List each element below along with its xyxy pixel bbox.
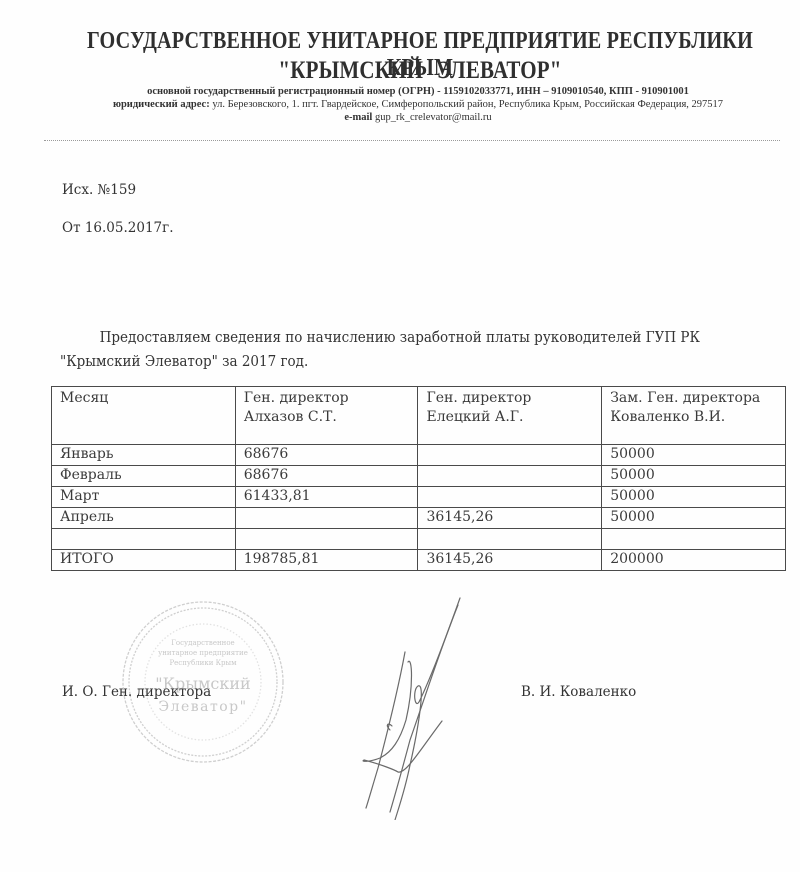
table-cell — [418, 487, 602, 508]
document-date: От 16.05.2017г. — [62, 220, 174, 236]
table-cell: Апрель — [52, 508, 236, 529]
stamp-inner-line2: унитарное предприятие — [158, 649, 248, 657]
intro-line-1: Предоставляем сведения по начислению зар… — [60, 325, 708, 349]
table-cell: Февраль — [52, 466, 236, 487]
signatory-title: И. О. Ген. директора — [62, 684, 211, 700]
table-cell: 68676 — [235, 445, 418, 466]
table-cell: ИТОГО — [52, 550, 236, 571]
table-cell — [52, 529, 236, 550]
table-cell: 68676 — [235, 466, 418, 487]
table-row — [52, 529, 786, 550]
column-header-line: Ген. директор — [426, 389, 601, 408]
table-cell: 50000 — [602, 487, 786, 508]
table-cell: 36145,26 — [418, 550, 602, 571]
email-label: e-mail — [344, 112, 372, 123]
table-row: Апрель36145,2650000 — [52, 508, 786, 529]
document-page: ГОСУДАРСТВЕННОЕ УНИТАРНОЕ ПРЕДПРИЯТИЕ РЕ… — [0, 0, 800, 872]
stamp-inner-line3: Республики Крым — [169, 659, 237, 667]
table-cell — [602, 529, 786, 550]
legal-address: юридический адрес: ул. Березовского, 1. … — [18, 99, 800, 110]
stamp-center-line2: Элеватор" — [158, 699, 247, 715]
column-header-line: Елецкий А.Г. — [426, 408, 601, 427]
column-header-line: Алхазов С.Т. — [244, 408, 418, 427]
table-cell: 50000 — [602, 445, 786, 466]
column-header-line: Ген. директор — [244, 389, 418, 408]
column-header-line: Месяц — [60, 389, 235, 408]
handwritten-signature — [340, 590, 660, 820]
address-value: ул. Березовского, 1. пгт. Гвардейское, С… — [212, 99, 723, 110]
salary-table: МесяцГен. директорАлхазов С.Т.Ген. дирек… — [51, 386, 786, 571]
table-cell: Март — [52, 487, 236, 508]
column-header: Зам. Ген. директораКоваленко В.И. — [602, 387, 786, 445]
column-header: Месяц — [52, 387, 236, 445]
table-header-row: МесяцГен. директорАлхазов С.Т.Ген. дирек… — [52, 387, 786, 445]
email-value: gup_rk_crelevator@mail.ru — [375, 112, 492, 123]
company-stamp: Государственное унитарное предприятие Ре… — [118, 597, 288, 767]
registration-info: основной государственный регистрационный… — [18, 86, 800, 97]
table-cell: 198785,81 — [235, 550, 418, 571]
table-cell: 61433,81 — [235, 487, 418, 508]
table-cell — [418, 445, 602, 466]
table-cell — [235, 529, 418, 550]
column-header-line: Зам. Ген. директора — [610, 389, 785, 408]
column-header-line: Коваленко В.И. — [610, 408, 785, 427]
table-cell: 50000 — [602, 466, 786, 487]
column-header: Ген. директорАлхазов С.Т. — [235, 387, 418, 445]
table-row: Февраль6867650000 — [52, 466, 786, 487]
intro-paragraph: Предоставляем сведения по начислению зар… — [60, 325, 708, 373]
table-row: Март61433,8150000 — [52, 487, 786, 508]
column-header: Ген. директорЕлецкий А.Г. — [418, 387, 602, 445]
address-label: юридический адрес: — [113, 99, 210, 110]
table-row: Январь6867650000 — [52, 445, 786, 466]
table-cell: 50000 — [602, 508, 786, 529]
outgoing-number: Исх. №159 — [62, 182, 136, 198]
table-cell — [235, 508, 418, 529]
table-cell: 36145,26 — [418, 508, 602, 529]
email-line: e-mail gup_rk_crelevator@mail.ru — [18, 112, 800, 123]
table-cell: 200000 — [602, 550, 786, 571]
stamp-inner-line1: Государственное — [171, 639, 234, 647]
table-cell — [418, 466, 602, 487]
header-divider — [44, 140, 780, 141]
table-cell — [418, 529, 602, 550]
intro-line-2: "Крымский Элеватор" за 2017 год. — [60, 349, 708, 373]
table-row: ИТОГО198785,8136145,26200000 — [52, 550, 786, 571]
table-cell: Январь — [52, 445, 236, 466]
org-name-line2: "КРЫМСКИЙ ЭЛЕВАТОР" — [67, 57, 773, 85]
